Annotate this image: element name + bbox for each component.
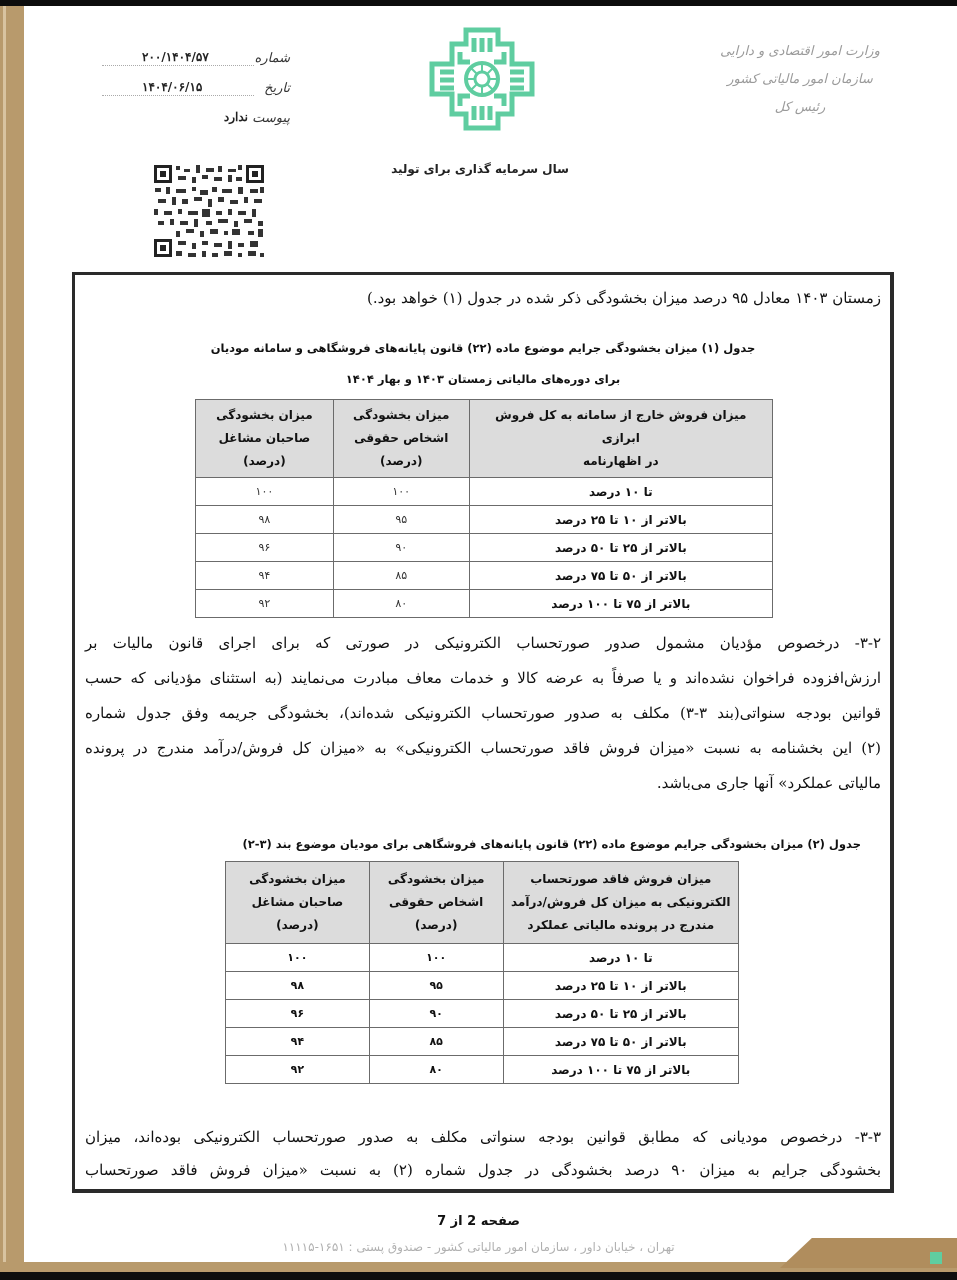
- table1-header-legal: میزان بخشودگی اشخاص حقوقی (درصد): [333, 400, 469, 478]
- table-row: بالاتر از ۲۵ تا ۵۰ درصد۹۰۹۶: [226, 1000, 739, 1028]
- table-row: تا ۱۰ درصد۱۰۰۱۰۰: [196, 478, 773, 506]
- qr-code-icon: [152, 163, 266, 259]
- letter-date-label: تاریخ: [256, 81, 290, 96]
- table1-header-range: میزان فروش خارج از سامانه به کل فروش ابر…: [469, 400, 772, 478]
- tax-organization-logo-icon: [428, 26, 536, 132]
- letter-number-row: شماره ۲۰۰/۱۴۰۴/۵۷: [100, 36, 290, 66]
- letter-attachment-value: ندارد: [224, 110, 248, 124]
- table2-header-business: میزان بخشودگی صاحبان مشاغل (درصد): [226, 862, 370, 944]
- section-3-2-line: مالیاتی عملکرد» آنها جاری می‌باشد.: [85, 774, 881, 792]
- top-edge: [0, 0, 957, 6]
- footer-address: تهران ، خیابان داور ، سازمان امور مالیات…: [0, 1240, 957, 1254]
- ministry-header: وزارت امور اقتصادی و دارایی سازمان امور …: [700, 38, 900, 122]
- document-frame: زمستان ۱۴۰۳ معادل ۹۵ درصد میزان بخشودگی …: [72, 272, 894, 1193]
- table1: میزان فروش خارج از سامانه به کل فروش ابر…: [195, 399, 773, 618]
- year-motto: سال سرمایه گذاری برای تولید: [380, 162, 580, 176]
- letter-number-label: شماره: [256, 51, 290, 66]
- bottom-edge: [0, 1272, 957, 1280]
- table1-header-business: میزان بخشودگی صاحبان مشاغل (درصد): [196, 400, 334, 478]
- intro-line: زمستان ۱۴۰۳ معادل ۹۵ درصد میزان بخشودگی …: [85, 289, 881, 307]
- table-row: بالاتر از ۷۵ تا ۱۰۰ درصد۸۰۹۲: [226, 1056, 739, 1084]
- letter-date-row: تاریخ ۱۴۰۴/۰۶/۱۵: [100, 66, 290, 96]
- section-3-3-line: ۳-۳- درخصوص مودیانی که مطابق قوانین بودج…: [85, 1128, 881, 1146]
- ministry-line-2: سازمان امور مالیاتی کشور: [700, 66, 900, 94]
- section-3-2-line: قوانین بودجه سنواتی(بند ۳-۳) مکلف به صدو…: [85, 704, 881, 722]
- left-paper-edge-highlight: [3, 6, 6, 1272]
- table1-caption-line1: جدول (۱) میزان بخشودگی جرایم موضوع ماده …: [75, 341, 891, 355]
- table2-header-legal: میزان بخشودگی اشخاص حقوقی (درصد): [369, 862, 503, 944]
- ministry-line-1: وزارت امور اقتصادی و دارایی: [700, 38, 900, 66]
- table1-caption-line2: برای دوره‌های مالیاتی زمستان ۱۴۰۳ و بهار…: [75, 372, 891, 386]
- section-3-2-line: ۳-۲- درخصوص مؤدیان مشمول صدور صورتحساب ا…: [85, 634, 881, 652]
- table2-caption: جدول (۲) میزان بخشودگی جرایم موضوع ماده …: [105, 837, 861, 851]
- table-row: بالاتر از ۵۰ تا ۷۵ درصد۸۵۹۴: [226, 1028, 739, 1056]
- table2: میزان فروش فاقد صورتحساب الکترونیکی به م…: [225, 861, 739, 1084]
- letter-date-value: ۱۴۰۴/۰۶/۱۵: [142, 80, 202, 94]
- table-row: تا ۱۰ درصد۱۰۰۱۰۰: [226, 944, 739, 972]
- table-row: بالاتر از ۵۰ تا ۷۵ درصد۸۵۹۴: [196, 562, 773, 590]
- ministry-line-3: رئیس کل: [700, 94, 900, 122]
- table-row: بالاتر از ۲۵ تا ۵۰ درصد۹۰۹۶: [196, 534, 773, 562]
- letter-attachment-label: پیوست: [256, 111, 290, 126]
- table-row: بالاتر از ۱۰ تا ۲۵ درصد۹۵۹۸: [226, 972, 739, 1000]
- section-3-2-line: (۲) این بخشنامه به نسبت «میزان فروش فاقد…: [85, 739, 881, 757]
- section-3-3-line: بخشودگی جرایم به میزان ۹۰ درصد بخشودگی د…: [85, 1161, 881, 1179]
- letter-number-value: ۲۰۰/۱۴۰۴/۵۷: [142, 50, 209, 64]
- table2-header-range: میزان فروش فاقد صورتحساب الکترونیکی به م…: [503, 862, 738, 944]
- letter-reference-block: شماره ۲۰۰/۱۴۰۴/۵۷ تاریخ ۱۴۰۴/۰۶/۱۵ پیوست…: [100, 36, 290, 126]
- table-row: بالاتر از ۱۰ تا ۲۵ درصد۹۵۹۸: [196, 506, 773, 534]
- page-number: صفحه 2 از 7: [0, 1214, 957, 1229]
- letter-attachment-row: پیوست ندارد: [100, 96, 290, 126]
- section-3-2-line: ارزش‌افزوده فراخوان نشده‌اند و یا صرفاً …: [85, 669, 881, 687]
- table-row: بالاتر از ۷۵ تا ۱۰۰ درصد۸۰۹۲: [196, 590, 773, 618]
